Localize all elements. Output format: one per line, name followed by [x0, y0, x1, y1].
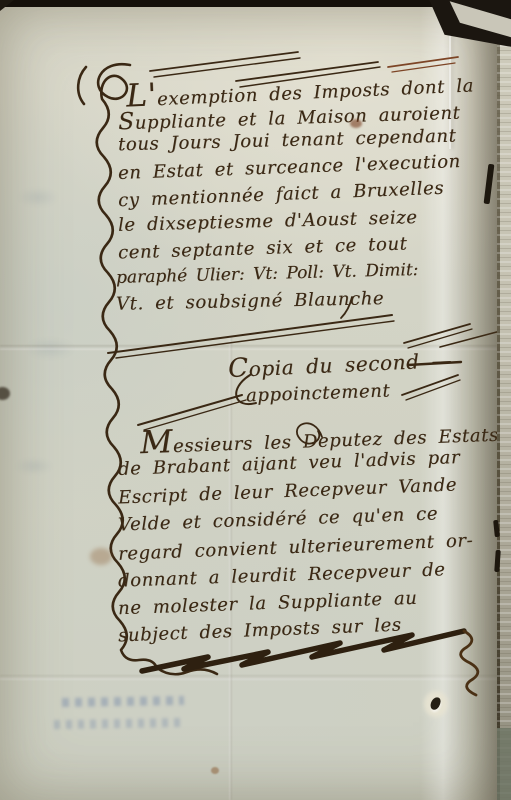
manuscript-page: L'exemption des Imposts dont la Supplian… [0, 7, 497, 800]
manuscript-photo: L'exemption des Imposts dont la Supplian… [0, 0, 511, 800]
book-edge-bottom-corner [497, 728, 511, 800]
book-fore-edge [497, 0, 511, 800]
photo-vignette [0, 7, 497, 800]
